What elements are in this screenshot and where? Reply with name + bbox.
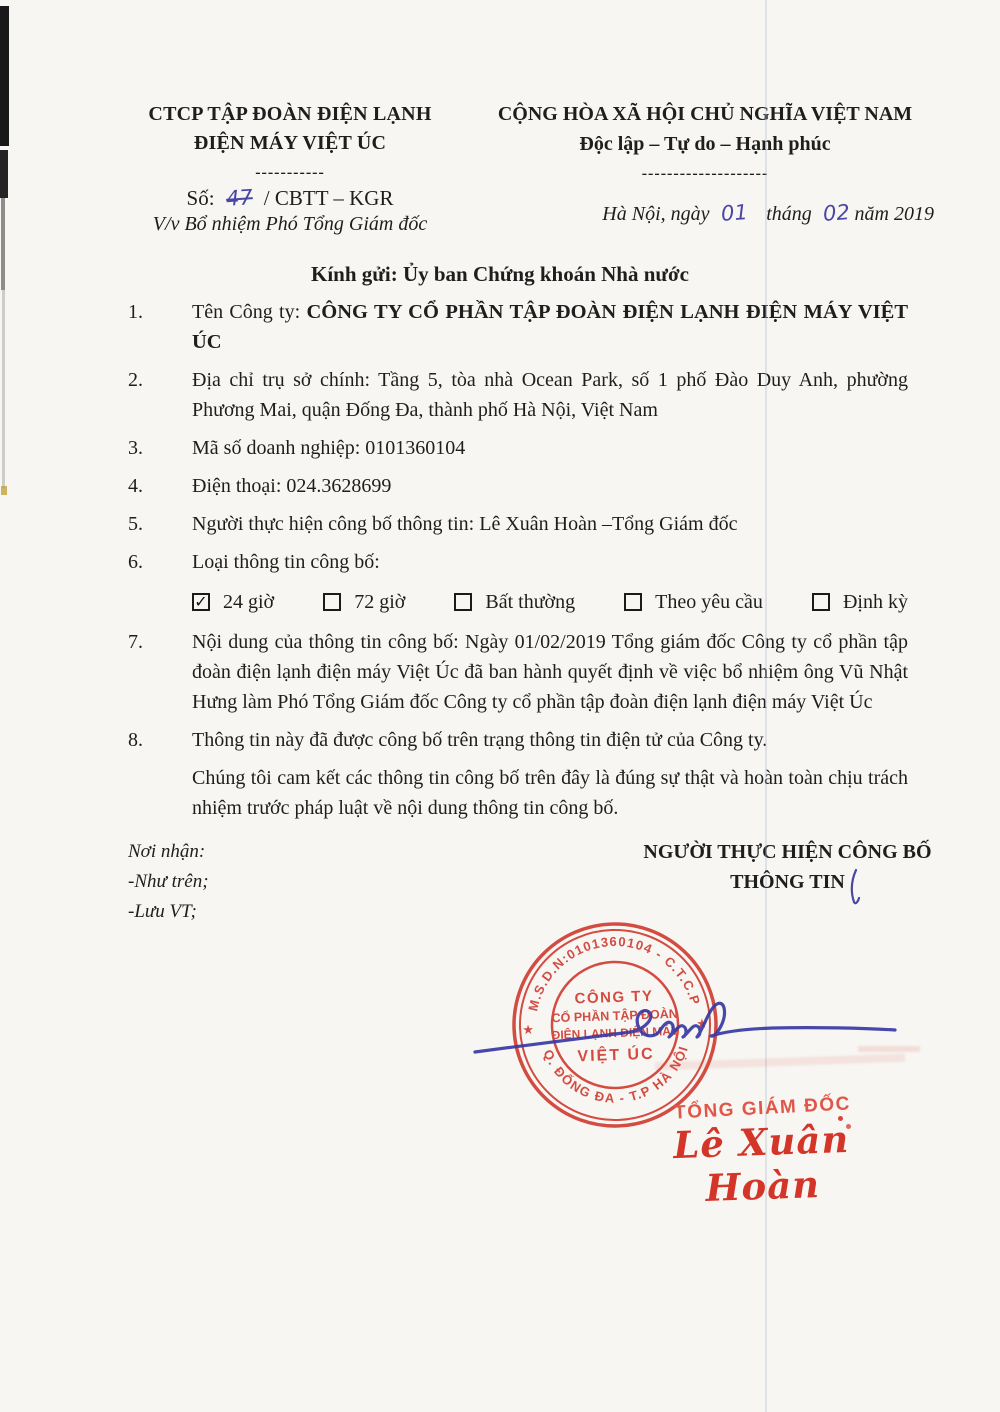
signer-title-line2-wrap: THÔNG TIN xyxy=(730,867,845,897)
list-item-2: 2. Địa chỉ trụ sở chính: Tầng 5, tòa nhà… xyxy=(128,365,908,425)
checkbox-empty-icon xyxy=(323,593,341,611)
checkbox-label: Bất thường xyxy=(485,591,575,614)
checkbox-empty-icon xyxy=(812,593,830,611)
company-name-line1: CTCP TẬP ĐOÀN ĐIỆN LẠNH xyxy=(110,100,470,129)
checkbox-option-unusual: Bất thường xyxy=(454,591,575,614)
item-number: 6. xyxy=(128,547,192,577)
list-item-7: 7. Nội dung của thông tin công bố: Ngày … xyxy=(128,627,908,717)
recipient-item: -Lưu VT; xyxy=(128,897,209,927)
salutation-line: Kính gửi: Ủy ban Chứng khoán Nhà nước xyxy=(0,262,1000,287)
item-text: Người thực hiện công bố thông tin: Lê Xu… xyxy=(192,509,908,539)
list-item-1: 1. Tên Công ty: CÔNG TY CỔ PHẦN TẬP ĐOÀN… xyxy=(128,297,908,357)
list-item-4: 4. Điện thoại: 024.3628699 xyxy=(128,471,908,501)
item-text: Thông tin này đã được công bố trên trạng… xyxy=(192,725,908,755)
scan-speck xyxy=(1,486,7,495)
list-item-6: 6. Loại thông tin công bố: xyxy=(128,547,908,577)
checkbox-option-periodic: Định kỳ xyxy=(812,591,908,614)
item-text: Nội dung của thông tin công bố: Ngày 01/… xyxy=(192,627,908,717)
checkbox-empty-icon xyxy=(454,593,472,611)
signer-title-line1: NGƯỜI THỰC HIỆN CÔNG BỐ xyxy=(620,837,955,867)
document-subject: V/v Bổ nhiệm Phó Tổng Giám đốc xyxy=(110,213,470,236)
item1-prefix: Tên Công ty: xyxy=(192,301,306,323)
ink-smudge xyxy=(858,1046,920,1052)
date-month-handwritten: 02 xyxy=(822,200,850,226)
checkbox-label: Theo yêu cầu xyxy=(655,591,763,614)
document-footer: Nơi nhận: -Như trên; -Lưu VT; NGƯỜI THỰC… xyxy=(0,823,1000,927)
recipient-item: -Như trên; xyxy=(128,867,209,897)
list-item-8: 8. Thông tin này đã được công bố trên tr… xyxy=(128,725,908,755)
item-text: Loại thông tin công bố: xyxy=(192,547,908,577)
date-line: Hà Nội, ngày 01 tháng 02 năm 2019 xyxy=(470,201,940,226)
company-name-line2: ĐIỆN MÁY VIỆT ÚC xyxy=(110,129,470,158)
checkbox-label: Định kỳ xyxy=(843,591,908,614)
ref-label: Số: xyxy=(187,186,215,210)
checkbox-option-72h: 72 giờ xyxy=(323,591,405,614)
checkbox-option-on-request: Theo yêu cầu xyxy=(624,591,763,614)
commitment-paragraph: Chúng tôi cam kết các thông tin công bố … xyxy=(192,763,908,823)
item-number: 3. xyxy=(128,433,192,463)
date-mid: tháng xyxy=(766,203,812,225)
item-number: 8. xyxy=(128,725,192,755)
item-number: 5. xyxy=(128,509,192,539)
document-header: CTCP TẬP ĐOÀN ĐIỆN LẠNH ĐIỆN MÁY VIỆT ÚC… xyxy=(0,0,1000,236)
scan-edge-artifact xyxy=(0,150,8,198)
reference-number-line: Số: 47 / CBTT – KGR xyxy=(110,186,470,211)
checkbox-label: 72 giờ xyxy=(354,591,405,614)
signature-tick-icon xyxy=(847,869,861,907)
header-divider-right: -------------------- xyxy=(470,163,940,185)
recipients-block: Nơi nhận: -Như trên; -Lưu VT; xyxy=(128,837,209,927)
item-number: 1. xyxy=(128,297,192,357)
national-header-block: CỘNG HÒA XÃ HỘI CHỦ NGHĨA VIỆT NAM Độc l… xyxy=(470,100,940,236)
national-motto-line1: CỘNG HÒA XÃ HỘI CHỦ NGHĨA VIỆT NAM xyxy=(470,100,940,129)
signer-title-line2: THÔNG TIN xyxy=(730,871,845,893)
company-header-block: CTCP TẬP ĐOÀN ĐIỆN LẠNH ĐIỆN MÁY VIỆT ÚC… xyxy=(110,100,470,236)
scan-edge-artifact xyxy=(2,290,5,488)
item-number: 4. xyxy=(128,471,192,501)
ref-number-handwritten: 47 xyxy=(225,185,253,211)
item-text: Tên Công ty: CÔNG TY CỔ PHẦN TẬP ĐOÀN ĐI… xyxy=(192,297,908,357)
checkbox-label: 24 giờ xyxy=(223,591,274,614)
signer-name-stamp: Lê Xuân Hoàn xyxy=(611,1115,914,1213)
recipients-title: Nơi nhận: xyxy=(128,837,209,867)
signer-title-block: NGƯỜI THỰC HIỆN CÔNG BỐ THÔNG TIN xyxy=(620,837,955,927)
date-prefix: Hà Nội, ngày xyxy=(602,203,709,225)
item-text: Mã số doanh nghiệp: 0101360104 xyxy=(192,433,908,463)
item-text: Địa chỉ trụ sở chính: Tầng 5, tòa nhà Oc… xyxy=(192,365,908,425)
header-divider-left: ----------- xyxy=(110,162,470,184)
item-text: Điện thoại: 024.3628699 xyxy=(192,471,908,501)
ref-suffix: / CBTT – KGR xyxy=(264,186,394,210)
national-motto-line2: Độc lập – Tự do – Hạnh phúc xyxy=(470,129,940,159)
scan-edge-artifact xyxy=(0,6,9,146)
list-item-5: 5. Người thực hiện công bố thông tin: Lê… xyxy=(128,509,908,539)
document-page: CTCP TẬP ĐOÀN ĐIỆN LẠNH ĐIỆN MÁY VIỆT ÚC… xyxy=(0,0,1000,1412)
list-item-3: 3. Mã số doanh nghiệp: 0101360104 xyxy=(128,433,908,463)
scan-edge-artifact xyxy=(1,198,5,290)
checkbox-checked-icon: ✓ xyxy=(192,593,210,611)
document-body: 1. Tên Công ty: CÔNG TY CỔ PHẦN TẬP ĐOÀN… xyxy=(0,287,1000,823)
item-number: 7. xyxy=(128,627,192,717)
disclosure-type-checklist: ✓ 24 giờ 72 giờ Bất thường Theo yêu cầu … xyxy=(192,585,908,619)
date-day-handwritten: 01 xyxy=(720,200,748,226)
item-number: 2. xyxy=(128,365,192,425)
checkbox-option-24h: ✓ 24 giờ xyxy=(192,591,274,614)
checkbox-empty-icon xyxy=(624,593,642,611)
date-suffix: năm 2019 xyxy=(855,203,934,225)
